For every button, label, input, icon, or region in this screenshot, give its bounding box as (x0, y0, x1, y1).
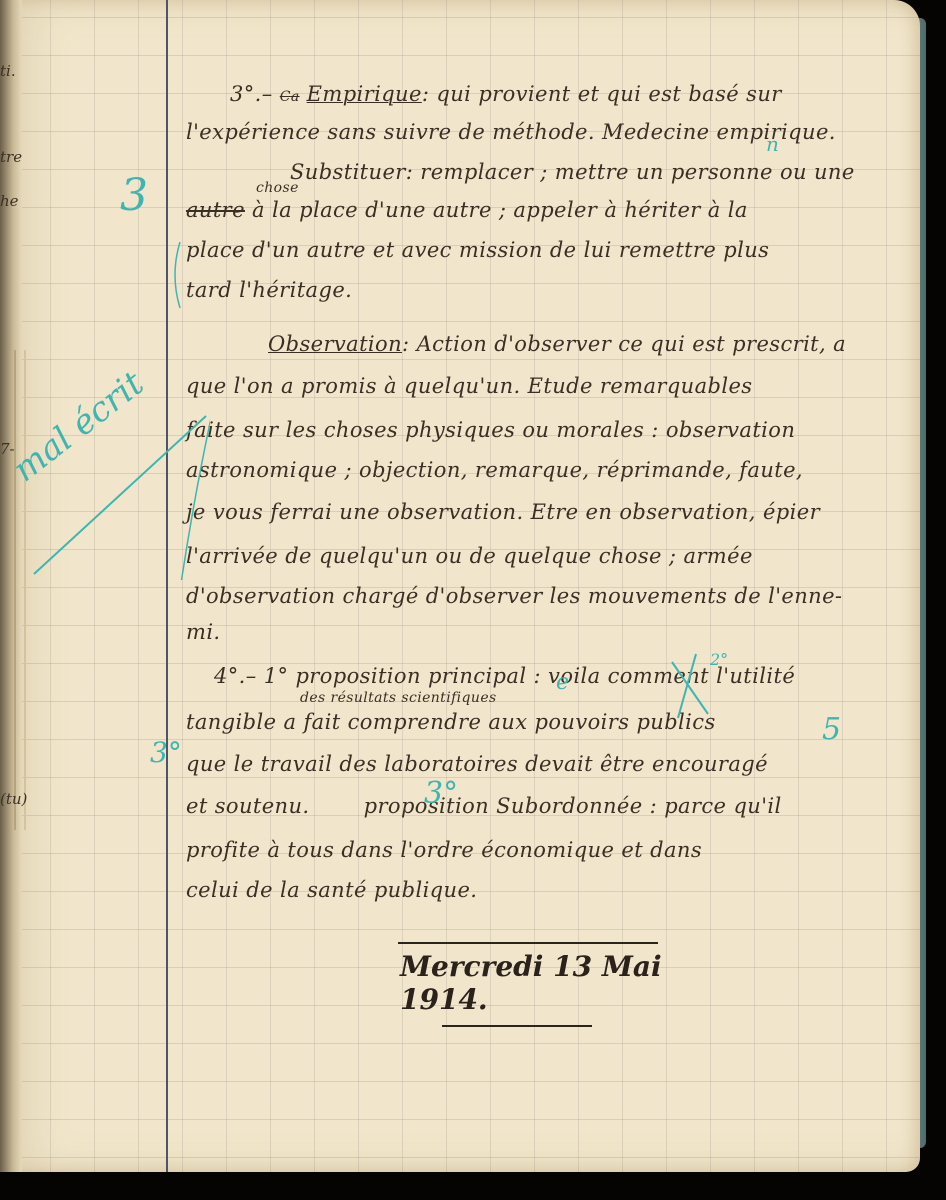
x-mark-icon (668, 652, 712, 720)
term-observation: Observation (268, 332, 402, 356)
term-empirique: Empirique (307, 82, 422, 106)
section-4-line-3: que le travail des laboratoires devait ê… (186, 752, 768, 776)
section-3-line-4: autre à la place d'une autre ; appeler à… (186, 198, 748, 222)
insertion-chose: chose (256, 180, 299, 196)
struck-text: Ca (280, 89, 300, 105)
correction-letter-n: n (766, 132, 779, 156)
section-3-line-12: l'arrivée de quelqu'un ou de quelque cho… (186, 544, 753, 568)
prev-page-fragment: tre (0, 148, 22, 166)
struck-word: autre (186, 198, 245, 222)
analysis-text: et soutenu. (186, 794, 309, 818)
section-3-line-8: que l'on a promis à quelqu'un. Etude rem… (186, 374, 752, 398)
section-3-line-14: mi. (186, 620, 221, 644)
section-3-line-10: astronomique ; objection, remarque, répr… (186, 458, 803, 482)
grade-right: 5 (822, 712, 841, 747)
inserted-number-2: 2° (710, 650, 728, 669)
prev-page-fragment: he (0, 192, 19, 210)
section-number: 4°.– 1° (214, 664, 288, 688)
margin-line (166, 0, 168, 1172)
definition-text: : remplacer ; mettre un personne ou une (406, 160, 855, 184)
notebook-page: ti. tre he 7- (tu) 3°.– Ca Empirique: qu… (0, 0, 920, 1172)
correction-stroke-icon (30, 390, 210, 580)
section-3-line-3: Substituer: remplacer ; mettre un person… (290, 160, 855, 184)
section-3-line-2: l'expérience sans suivre de méthode. Med… (186, 120, 836, 144)
definition-text: : qui provient et qui est basé sur (422, 82, 782, 106)
section-4-line-2: tangible a fait comprendre aux pouvoirs … (186, 710, 716, 734)
margin-grade-top: 3 (120, 170, 148, 221)
section-3-line-6: tard l'héritage. (186, 278, 352, 302)
definition-text: : Action d'observer ce qui est prescrit,… (402, 332, 846, 356)
rule-bottom (442, 1025, 592, 1027)
term-substituer: Substituer (290, 160, 406, 184)
section-3-line-11: je vous ferrai une observation. Etre en … (186, 500, 820, 524)
section-4-line-4: et soutenu. proposition Subordonnée : pa… (186, 794, 782, 818)
prev-page-fragment: (tu) (0, 790, 27, 808)
section-4-line-5: profite à tous dans l'ordre économique e… (186, 838, 702, 862)
inserted-number-3: 3° (424, 776, 458, 811)
correction-letter-e: e (556, 670, 569, 695)
margin-grade-bottom: 3° (150, 736, 182, 769)
section-3-line-7: Observation: Action d'observer ce qui es… (268, 332, 846, 356)
bracket-icon (170, 240, 182, 310)
section-3-line-13: d'observation chargé d'observer les mouv… (186, 584, 842, 608)
section-4-line-6: celui de la santé publique. (186, 878, 477, 902)
rule-top (398, 942, 658, 944)
prev-page-fragment: ti. (0, 62, 16, 80)
section-3-line-1: 3°.– Ca Empirique: qui provient et qui e… (230, 82, 782, 106)
insertion-resultats: des résultats scientifiques (300, 690, 497, 706)
date-heading: Mercredi 13 Mai 1914. (400, 950, 720, 1016)
section-3-line-9: faite sur les choses physiques ou morale… (186, 418, 795, 442)
definition-text: à la place d'une autre ; appeler à hérit… (252, 198, 748, 222)
section-3-line-5: place d'un autre et avec mission de lui … (186, 238, 769, 262)
section-number: 3°.– (230, 82, 273, 106)
